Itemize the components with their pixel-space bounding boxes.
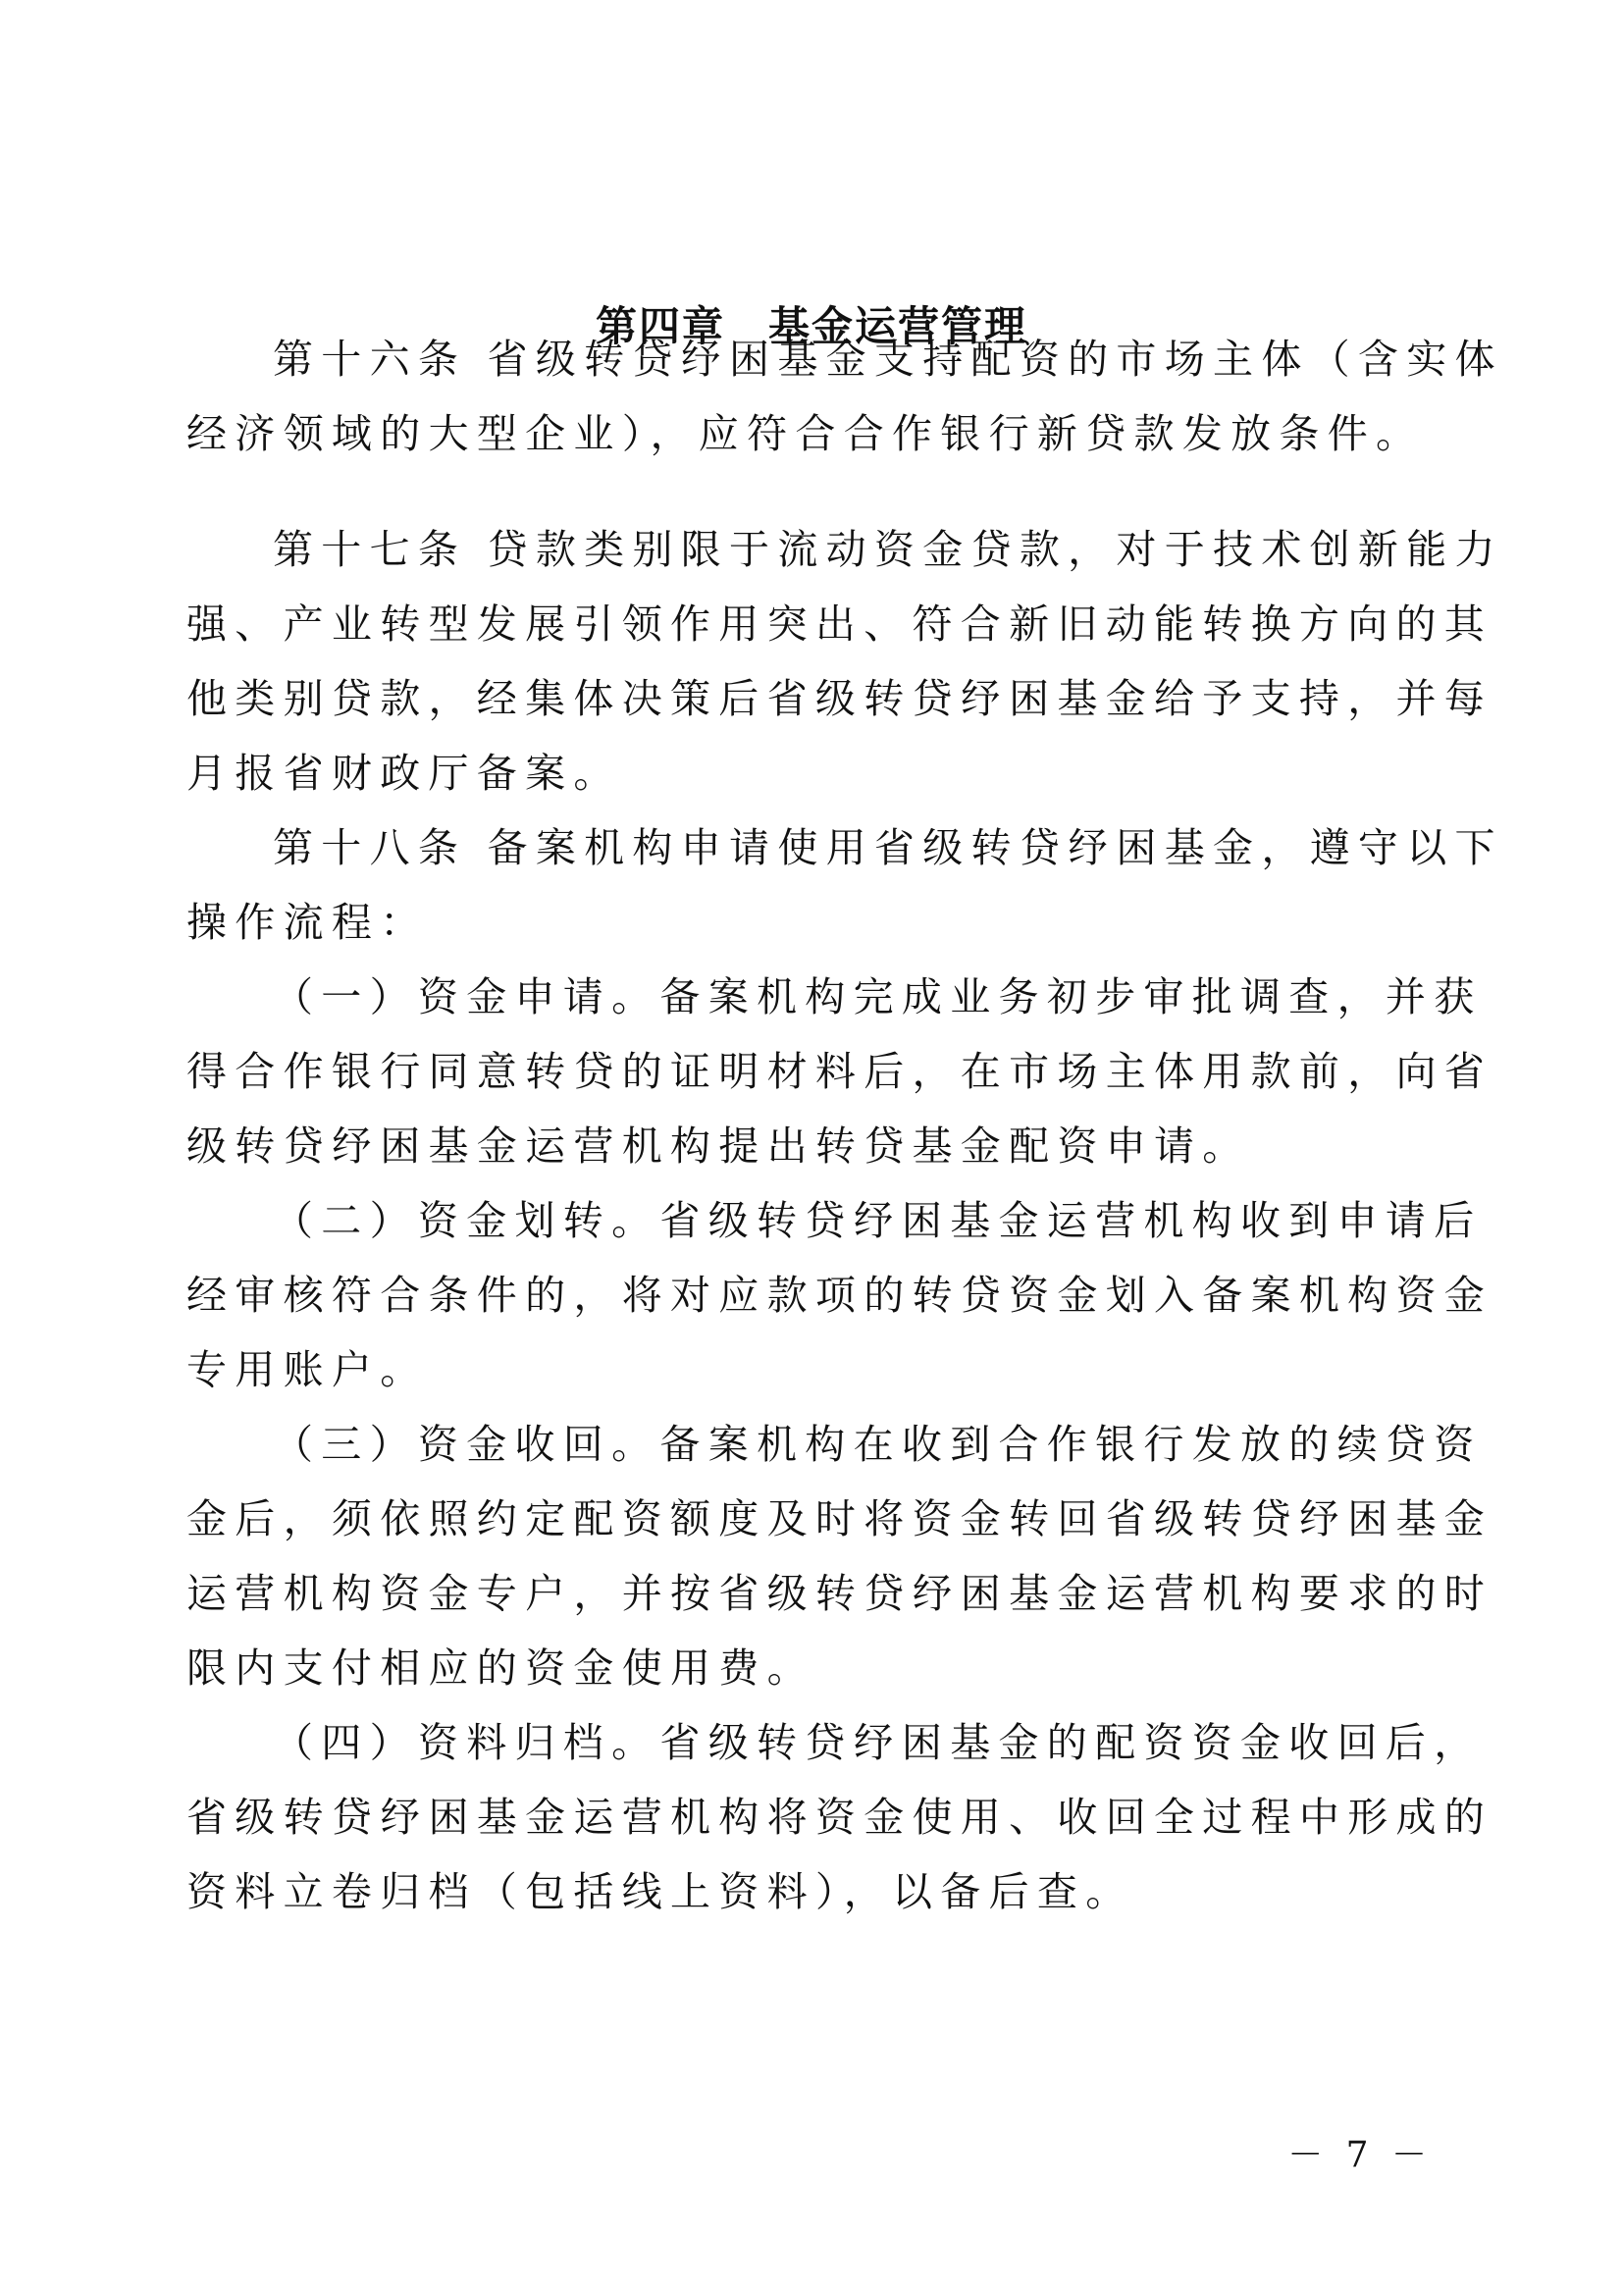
text-line: 操作流程： — [186, 893, 1452, 952]
text-line: 专用账户。 — [186, 1340, 1452, 1399]
text-line: 金后，须依照约定配资额度及时将资金转回省级转贷纾困基金 — [186, 1489, 1452, 1548]
text-line: （二）资金划转。省级转贷纾困基金运营机构收到申请后 — [273, 1191, 1450, 1250]
text-line: 第十六条 省级转贷纾困基金支持配资的市场主体（含实体 — [273, 330, 1450, 389]
text-line: （一）资金申请。备案机构完成业务初步审批调查，并获 — [273, 967, 1450, 1026]
text-line: （四）资料归档。省级转贷纾困基金的配资资金收回后， — [273, 1713, 1450, 1772]
text-line: 第十八条 备案机构申请使用省级转贷纾困基金，遵守以下 — [273, 818, 1450, 877]
text-line: 月报省财政厅备案。 — [186, 744, 1452, 803]
text-line: 限内支付相应的资金使用费。 — [186, 1639, 1452, 1697]
text-line: 运营机构资金专户，并按省级转贷纾困基金运营机构要求的时 — [186, 1564, 1452, 1623]
text-line: 资料立卷归档（包括线上资料），以备后查。 — [186, 1862, 1452, 1921]
text-line: 经济领域的大型企业），应符合合作银行新贷款发放条件。 — [186, 404, 1452, 463]
text-line: 级转贷纾困基金运营机构提出转贷基金配资申请。 — [186, 1117, 1452, 1175]
text-line: 省级转贷纾困基金运营机构将资金使用、收回全过程中形成的 — [186, 1788, 1452, 1847]
document-page: 第四章基金运营管理 第十六条 省级转贷纾困基金支持配资的市场主体（含实体 经济领… — [0, 0, 1623, 2296]
text-line: 他类别贷款，经集体决策后省级转贷纾困基金给予支持，并每 — [186, 669, 1452, 728]
text-line: （三）资金收回。备案机构在收到合作银行发放的续贷资 — [273, 1415, 1450, 1474]
text-line: 第十七条 贷款类别限于流动资金贷款，对于技术创新能力 — [273, 520, 1450, 579]
text-line: 经审核符合条件的，将对应款项的转贷资金划入备案机构资金 — [186, 1266, 1452, 1325]
text-line: 得合作银行同意转贷的证明材料后，在市场主体用款前，向省 — [186, 1042, 1452, 1101]
page-number: － 7 － — [1276, 2127, 1433, 2177]
text-line: 强、产业转型发展引领作用突出、符合新旧动能转换方向的其 — [186, 595, 1452, 653]
